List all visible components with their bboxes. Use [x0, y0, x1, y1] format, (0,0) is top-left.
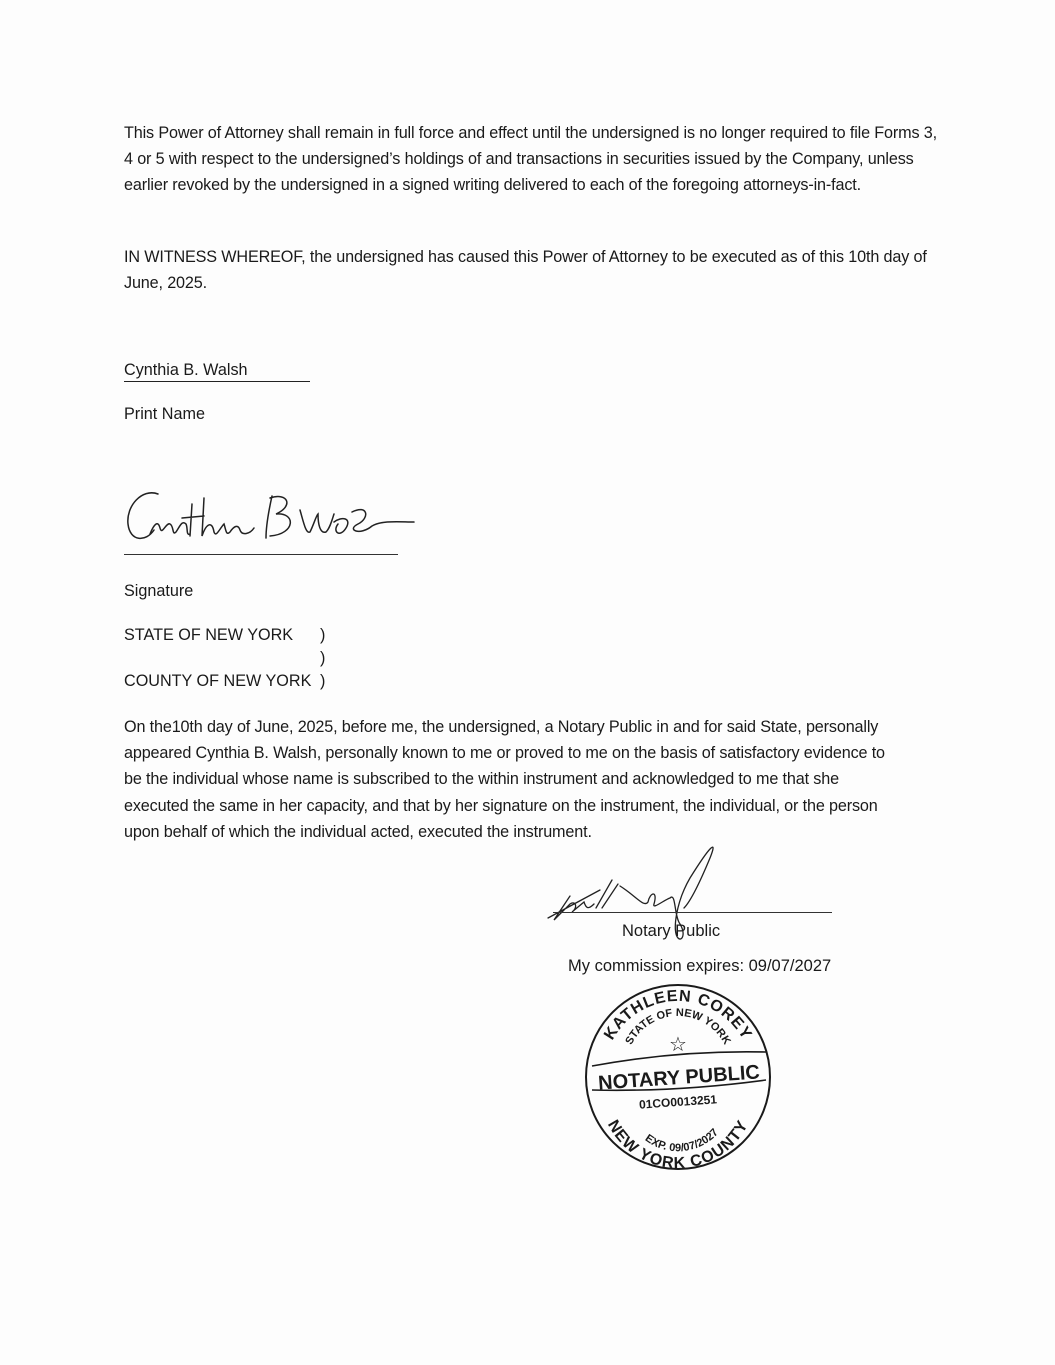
venue-bracket: ) [320, 670, 325, 692]
signature-line [124, 554, 398, 555]
notary-public-label: Notary Public [622, 920, 720, 942]
signature-label: Signature [124, 580, 193, 602]
stamp-number: 01CO0013251 [639, 1092, 718, 1111]
acknowledgment-paragraph: On the10th day of June, 2025, before me,… [124, 714, 904, 845]
duration-paragraph: This Power of Attorney shall remain in f… [124, 120, 944, 199]
witness-paragraph: IN WITNESS WHEREOF, the undersigned has … [124, 244, 944, 296]
notary-stamp: KATHLEEN COREY STATE OF NEW YORK ☆ NOTAR… [578, 980, 778, 1170]
commission-expiration: My commission expires: 09/07/2027 [568, 955, 831, 977]
stamp-title: NOTARY PUBLIC [598, 1061, 761, 1094]
venue-bracket: ) [320, 647, 325, 669]
venue-county: COUNTY OF NEW YORK [124, 670, 311, 692]
notary-signature-line [553, 912, 832, 913]
stamp-star-icon: ☆ [669, 1034, 687, 1056]
venue-state: STATE OF NEW YORK [124, 624, 293, 646]
document-page: This Power of Attorney shall remain in f… [0, 0, 1055, 1365]
printed-name-field: Cynthia B. Walsh [124, 359, 310, 382]
print-name-label: Print Name [124, 403, 205, 425]
venue-bracket: ) [320, 624, 325, 646]
signer-signature-image [120, 484, 420, 556]
